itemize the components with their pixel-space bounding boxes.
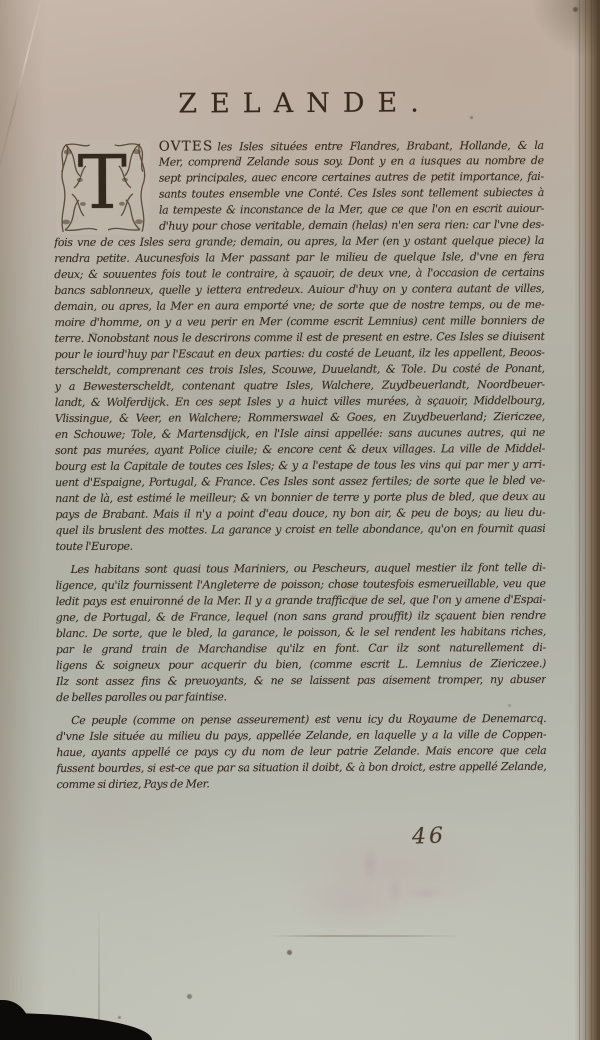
smudge-mark bbox=[270, 935, 460, 937]
incipit-word: OVTES bbox=[159, 138, 214, 154]
crease-line bbox=[98, 880, 100, 1040]
text-line: quel ils bruslent des mottes. La garance… bbox=[55, 521, 545, 539]
book-page-scan: ZELANDE. bbox=[0, 0, 600, 1040]
foxing-specks bbox=[0, 0, 3, 3]
text-block: ZELANDE. bbox=[53, 87, 546, 800]
paragraph: T OVTESles Isles situées entre Flandres,… bbox=[54, 137, 546, 555]
page-number: 46 bbox=[412, 823, 447, 849]
text-line: la tempeste & inconstance de la Mer, que… bbox=[159, 201, 544, 219]
ink-show-through bbox=[330, 845, 480, 915]
book-fore-edge bbox=[574, 0, 600, 1040]
text-line: sants toutes ensemble vne Conté. Ces Isl… bbox=[159, 185, 544, 203]
drop-cap-letter: T bbox=[56, 136, 149, 231]
text-line: d'huy pour chose veritable, demain (hela… bbox=[159, 217, 544, 235]
paragraph: Ce peuple (comme on pense asseurement) e… bbox=[56, 711, 546, 793]
text-line: OVTESles Isles situées entre Flandres, B… bbox=[159, 137, 544, 155]
text-line: sept principales, auec encore certaines … bbox=[159, 169, 544, 187]
book-fore-edge-corner bbox=[530, 0, 600, 60]
text-line: comme si diriez, Pays de Mer. bbox=[56, 775, 546, 793]
text-line: fussent bourdes, si est-ce que par sa si… bbox=[56, 759, 546, 777]
page-title: ZELANDE. bbox=[53, 87, 556, 120]
text-line-rest: les Isles situées entre Flandres, Braban… bbox=[217, 139, 543, 153]
body-text: T OVTESles Isles situées entre Flandres,… bbox=[54, 137, 547, 793]
paragraph: Les habitans sont quasi tous Mariniers, … bbox=[56, 560, 547, 706]
text-line: Mer, comprend Zelande sous soy. Dont y e… bbox=[159, 153, 544, 171]
drop-cap: T bbox=[56, 140, 149, 235]
text-line: Ilz sont assez fins & preuoyants, & ne s… bbox=[56, 672, 546, 690]
text-line: toute l'Europe. bbox=[55, 537, 545, 555]
text-line: de belles parolles ou par faintise. bbox=[56, 688, 546, 706]
gutter-shadow bbox=[0, 0, 46, 1040]
